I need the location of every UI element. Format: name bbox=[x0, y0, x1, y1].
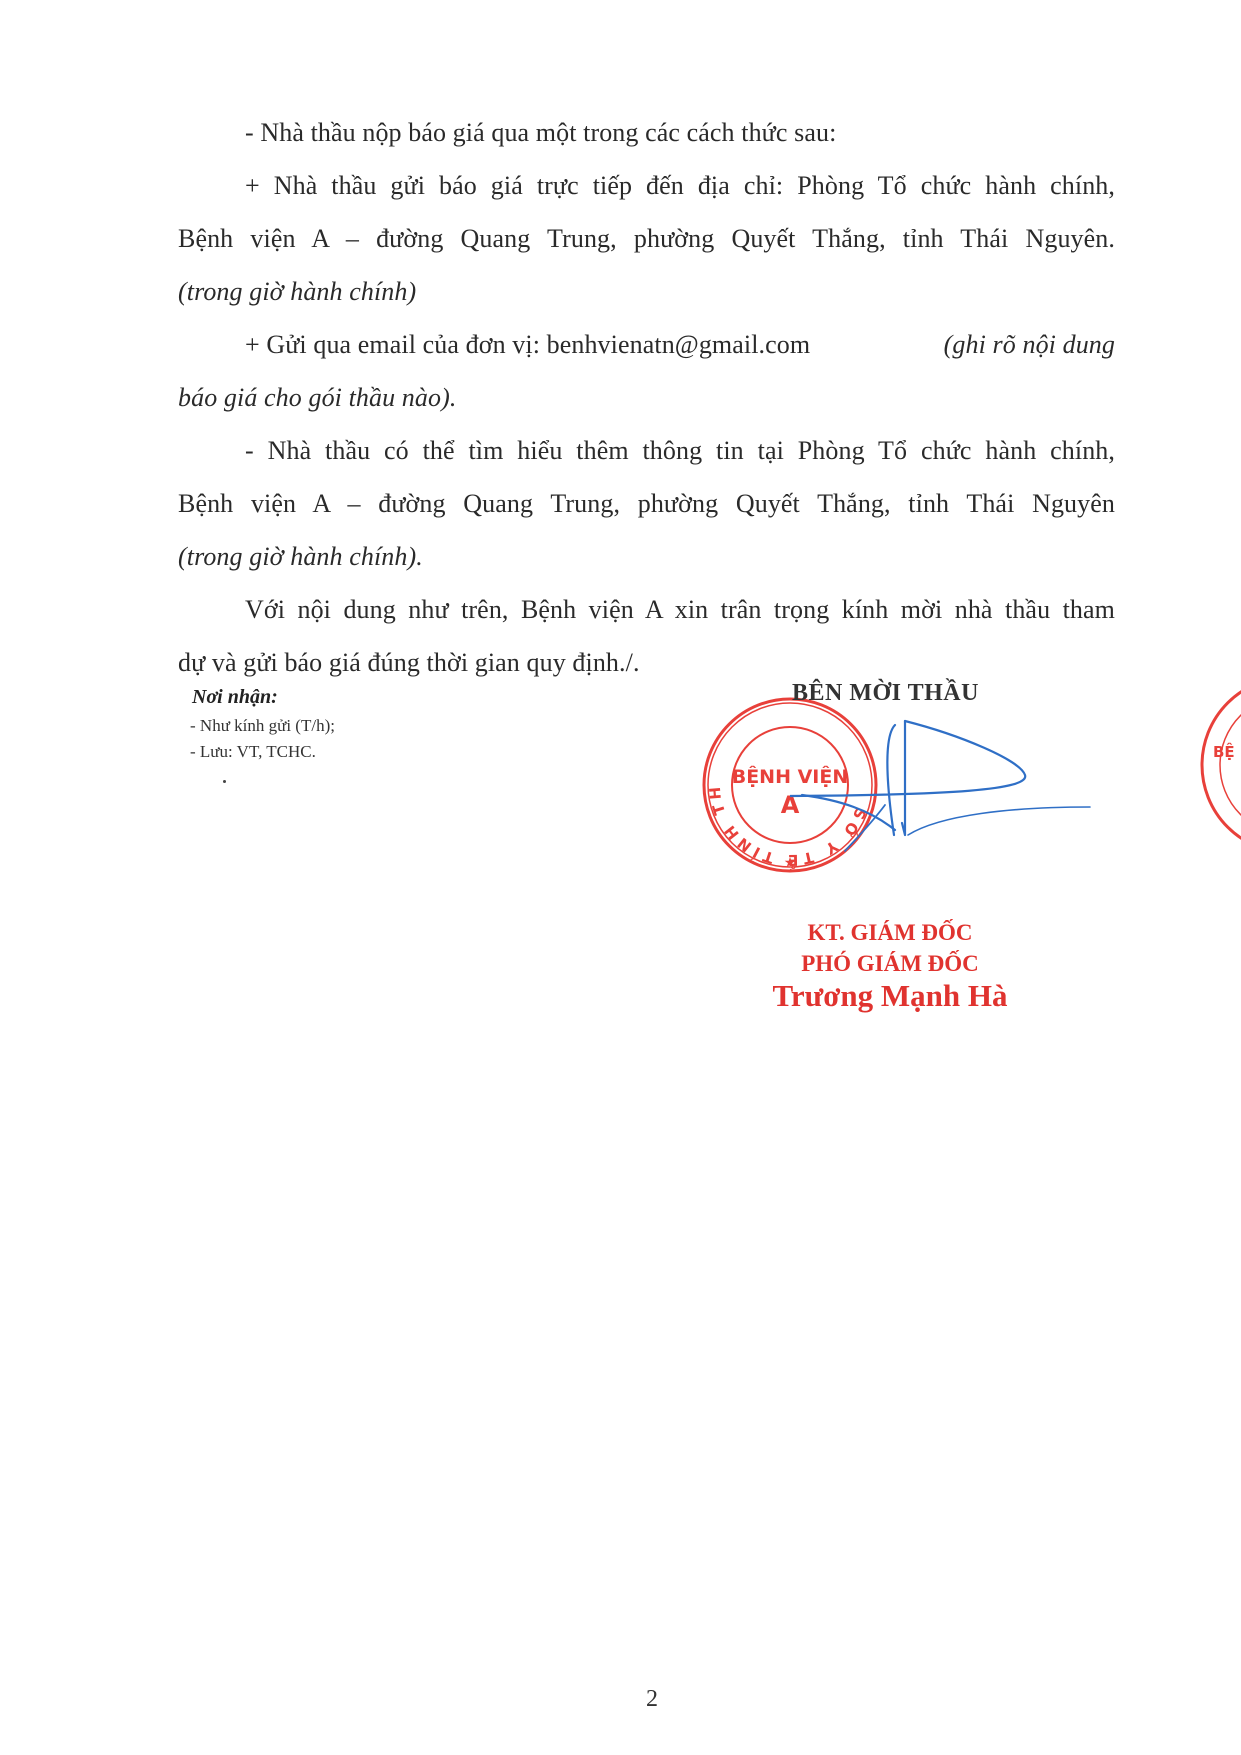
adjacent-stamp-fragment-icon: BỆ bbox=[1195, 665, 1241, 865]
signer-role-1: KT. GIÁM ĐỐC bbox=[750, 920, 1030, 946]
office-hours-note: (trong giờ hành chính) bbox=[178, 277, 416, 307]
paragraph-email-submission: + Gửi qua email của đơn vị: benhvienatn@… bbox=[245, 330, 1115, 360]
paragraph-closing: Với nội dung như trên, Bệnh viện A xin t… bbox=[245, 595, 1115, 625]
svg-text:★: ★ bbox=[784, 856, 797, 871]
address-line: Bệnh viện A – đường Quang Trung, phường … bbox=[178, 224, 1115, 254]
recipients-title: Nơi nhận: bbox=[192, 686, 278, 709]
page-number: 2 bbox=[646, 1686, 658, 1713]
recipient-item: - Như kính gửi (T/h); bbox=[190, 716, 335, 736]
paragraph-submission-methods: - Nhà thầu nộp báo giá qua một trong các… bbox=[245, 118, 836, 148]
signer-role-2: PHÓ GIÁM ĐỐC bbox=[750, 951, 1030, 977]
closing-continued: dự và gửi báo giá đúng thời gian quy địn… bbox=[178, 648, 640, 678]
paragraph-direct-submission: + Nhà thầu gửi báo giá trực tiếp đến địa… bbox=[245, 171, 1115, 201]
email-note-continued: báo giá cho gói thầu nào). bbox=[178, 383, 456, 413]
inviting-party-title: BÊN MỜI THẦU bbox=[792, 680, 979, 707]
signature-icon bbox=[790, 715, 1100, 855]
svg-text:BỆ: BỆ bbox=[1213, 741, 1235, 761]
address-line-2: Bệnh viện A – đường Quang Trung, phường … bbox=[178, 489, 1115, 519]
email-text: + Gửi qua email của đơn vị: benhvienatn@… bbox=[245, 330, 810, 360]
paragraph-more-info: - Nhà thầu có thể tìm hiểu thêm thông ti… bbox=[245, 436, 1115, 466]
office-hours-note-2: (trong giờ hành chính). bbox=[178, 542, 423, 572]
signer-name: Trương Mạnh Hà bbox=[730, 978, 1050, 1014]
email-note: (ghi rõ nội dung bbox=[944, 330, 1115, 360]
stray-mark bbox=[223, 780, 226, 783]
recipient-item: - Lưu: VT, TCHC. bbox=[190, 742, 316, 762]
